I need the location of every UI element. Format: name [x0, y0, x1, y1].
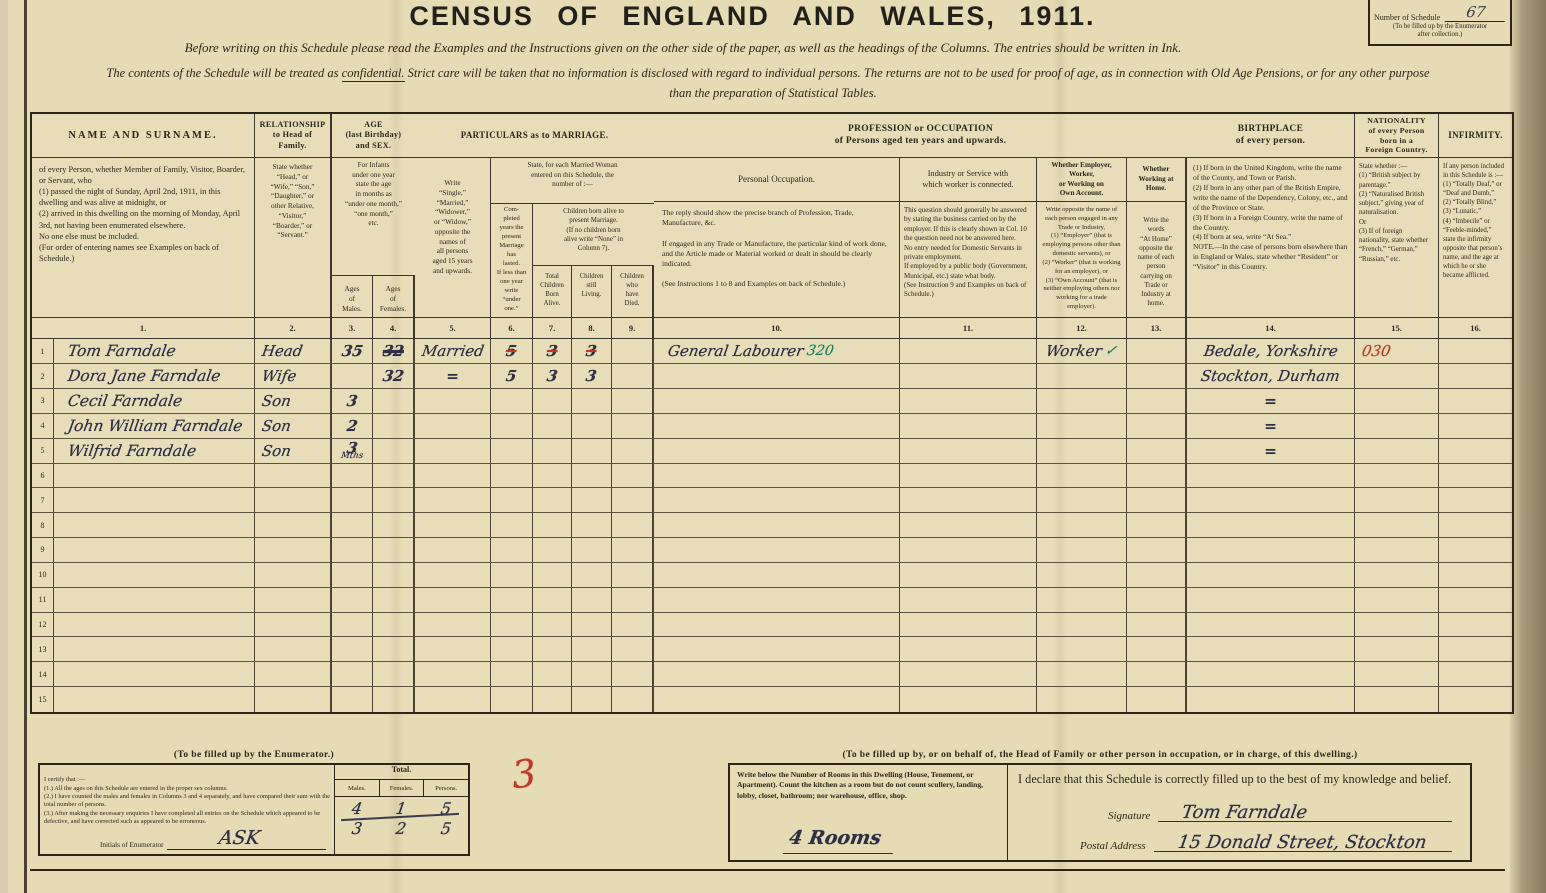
cell-age_m — [332, 687, 373, 712]
cell-at_home — [1127, 439, 1187, 463]
enumerator-section-header: (To be filled up by the Enumerator.) — [38, 750, 470, 760]
cell-num: 5 — [32, 439, 54, 463]
cell-at_home — [1127, 513, 1187, 537]
cell-industry — [900, 389, 1037, 413]
cell-industry — [900, 613, 1037, 637]
cell-born — [533, 488, 572, 512]
cell-born — [533, 439, 572, 463]
column-number: 14. — [1187, 317, 1354, 338]
column-header-infirmity: INFIRMITY. If any person included in thi… — [1439, 114, 1512, 338]
cell-born — [533, 389, 572, 413]
cell-age_f — [373, 439, 415, 463]
cell-age_f — [373, 687, 415, 712]
cell-name — [54, 588, 255, 612]
column-header-nationality: NATIONALITY of every Person born in a Fo… — [1355, 114, 1439, 338]
signature-label: Signature — [1108, 810, 1150, 822]
cell-num: 10 — [32, 563, 54, 587]
cell-nationality — [1355, 687, 1439, 712]
cell-born: 3 — [533, 364, 572, 388]
initials-label: Initials of Enumerator — [100, 841, 163, 850]
cell-employer — [1037, 588, 1127, 612]
cell-employer: Worker✓ — [1037, 339, 1127, 363]
initials-line: ASK — [167, 835, 326, 850]
census-row: 15 — [32, 687, 1512, 712]
handwritten-signature: Tom Farndale — [1181, 802, 1309, 823]
schedule-number-box: Number of Schedule 67 (To be filled up b… — [1368, 0, 1512, 46]
cell-years — [491, 389, 533, 413]
birthplace-desc: (1) If born in the United Kingdom, write… — [1187, 158, 1354, 317]
cell-occupation — [654, 538, 900, 562]
cell-years — [491, 439, 533, 463]
column-group-children: Children born alive to present Marriage.… — [533, 204, 654, 338]
industry-label: Industry or Service with which worker is… — [900, 158, 1036, 202]
cell-age_f — [373, 389, 415, 413]
cell-employer — [1037, 637, 1127, 661]
cell-occupation — [654, 389, 900, 413]
cell-industry — [900, 538, 1037, 562]
cell-occupation — [654, 439, 900, 463]
cell-birthplace: = — [1187, 439, 1355, 463]
cell-nationality — [1355, 414, 1439, 438]
census-row: 14 — [32, 662, 1512, 687]
cell-employer — [1037, 364, 1127, 388]
cell-relationship — [255, 637, 332, 661]
instruction-line-3: than the preparation of Statistical Tabl… — [0, 86, 1546, 101]
cell-num: 8 — [32, 513, 54, 537]
cell-living — [572, 588, 612, 612]
cell-birthplace — [1187, 662, 1355, 686]
cell-nationality — [1355, 538, 1439, 562]
cell-nationality — [1355, 662, 1439, 686]
postal-address-label: Postal Address — [1080, 840, 1146, 852]
cell-marital — [415, 613, 491, 637]
cell-age_f — [373, 613, 415, 637]
marital-desc: Write “Single,” “Married,” “Widower,” or… — [415, 158, 490, 317]
cell-num: 3 — [32, 389, 54, 413]
census-row: 12 — [32, 613, 1512, 638]
cell-num: 11 — [32, 588, 54, 612]
census-row: 10 — [32, 563, 1512, 588]
totals-final-row: 3 2 5 — [335, 819, 468, 839]
age-infants-note: For Infants under one year state the age… — [332, 158, 415, 276]
cell-industry — [900, 339, 1037, 363]
ages-females-label: Ages of Females. — [373, 276, 413, 317]
cell-infirmity — [1439, 439, 1512, 463]
cell-industry — [900, 364, 1037, 388]
cell-died — [612, 513, 654, 537]
cell-years — [491, 662, 533, 686]
cell-occupation — [654, 414, 900, 438]
column-header-working-at-home: Whether Working at Home. Write the words… — [1127, 158, 1187, 338]
paper-edge — [0, 0, 8, 893]
column-header-years-married: Com- pleted years the present Marriage h… — [491, 204, 533, 338]
cell-occupation — [654, 464, 900, 488]
cell-years — [491, 538, 533, 562]
relationship-desc: State whether “Head,” or “Wife,” “Son,” … — [255, 158, 330, 317]
cell-infirmity — [1439, 339, 1512, 363]
cell-living — [572, 538, 612, 562]
column-group-age-sex: AGE (last Birthday) and SEX. For Infants… — [332, 114, 415, 338]
cell-at_home — [1127, 339, 1187, 363]
page-title: CENSUS OF ENGLAND AND WALES, 1911. — [409, 1, 1095, 32]
cell-at_home — [1127, 538, 1187, 562]
industry-desc: This question should generally be answer… — [900, 202, 1036, 317]
handwritten-postal-address: 15 Donald Street, Stockton — [1176, 832, 1428, 853]
column-header-relationship: RELATIONSHIP to Head of Family. State wh… — [255, 114, 332, 338]
declaration-box: Write below the Number of Rooms in this … — [728, 763, 1472, 862]
cell-living — [572, 613, 612, 637]
cell-age_m — [332, 613, 373, 637]
marriage-title: PARTICULARS as to MARRIAGE. — [415, 114, 654, 158]
handwritten-schedule-number: 67 — [1445, 3, 1507, 22]
cell-age_f — [373, 588, 415, 612]
census-row: 9 — [32, 538, 1512, 563]
cell-died — [612, 637, 654, 661]
cell-relationship — [255, 538, 332, 562]
cell-infirmity — [1439, 464, 1512, 488]
cell-years — [491, 588, 533, 612]
cell-marital — [415, 414, 491, 438]
table-header: NAME AND SURNAME. of every Person, wheth… — [32, 114, 1512, 338]
cell-industry — [900, 488, 1037, 512]
cell-years: 5 — [491, 339, 533, 363]
schedule-number-label: Number of Schedule — [1374, 13, 1440, 22]
cell-birthplace — [1187, 464, 1355, 488]
cell-name — [54, 613, 255, 637]
cell-years — [491, 613, 533, 637]
cell-occupation — [654, 687, 900, 712]
name-surname-title: NAME AND SURNAME. — [32, 114, 254, 158]
cell-birthplace — [1187, 538, 1355, 562]
cell-died — [612, 414, 654, 438]
cell-industry — [900, 637, 1037, 661]
cell-at_home — [1127, 488, 1187, 512]
cell-marital — [415, 464, 491, 488]
children-born-label: Total Children Born Alive. — [533, 266, 571, 317]
cell-marital: = — [415, 364, 491, 388]
handwritten-males: 3 — [351, 819, 364, 838]
cell-employer — [1037, 563, 1127, 587]
cell-relationship — [255, 687, 332, 712]
column-number: 13. — [1127, 317, 1185, 338]
cell-birthplace — [1187, 687, 1355, 712]
cell-infirmity — [1439, 687, 1512, 712]
cell-name — [54, 637, 255, 661]
cell-name: Wilfrid Farndale — [54, 439, 255, 463]
census-rows: 1Tom FarndaleHead3532Married533General L… — [32, 338, 1512, 712]
cell-died — [612, 662, 654, 686]
ages-males-label: Ages of Males. — [332, 276, 372, 317]
cell-marital — [415, 439, 491, 463]
infirmity-title: INFIRMITY. — [1439, 114, 1512, 158]
cell-num: 14 — [32, 662, 54, 686]
census-row: 3Cecil FarndaleSon3= — [32, 389, 1512, 414]
cell-occupation — [654, 364, 900, 388]
cell-infirmity — [1439, 662, 1512, 686]
cell-years — [491, 687, 533, 712]
cell-at_home — [1127, 613, 1187, 637]
cell-age_f — [373, 563, 415, 587]
cell-name — [54, 538, 255, 562]
cell-age_f — [373, 464, 415, 488]
column-group-married-woman: State, for each Married Woman entered on… — [491, 158, 654, 338]
column-header-marital-condition: Write “Single,” “Married,” “Widower,” or… — [415, 158, 491, 338]
census-row: 13 — [32, 637, 1512, 662]
cell-nationality — [1355, 488, 1439, 512]
cell-born: 3 — [533, 339, 572, 363]
personal-occupation-label: Personal Occupation. — [654, 158, 899, 202]
cell-living — [572, 687, 612, 712]
nationality-title: NATIONALITY of every Person born in a Fo… — [1355, 114, 1438, 158]
cell-died — [612, 464, 654, 488]
totals-col-males: Males. — [335, 780, 380, 796]
cell-years: 5 — [491, 364, 533, 388]
cell-occupation — [654, 588, 900, 612]
cell-infirmity — [1439, 637, 1512, 661]
cell-nationality — [1355, 637, 1439, 661]
cell-name — [54, 488, 255, 512]
cell-years — [491, 464, 533, 488]
cell-employer — [1037, 662, 1127, 686]
cell-industry — [900, 662, 1037, 686]
infirmity-desc: If any person included in this Schedule … — [1439, 158, 1512, 317]
cell-age_m — [332, 563, 373, 587]
cell-born — [533, 637, 572, 661]
cell-occupation — [654, 513, 900, 537]
cell-infirmity — [1439, 538, 1512, 562]
cell-num: 2 — [32, 364, 54, 388]
cell-age_m — [332, 662, 373, 686]
cell-industry — [900, 439, 1037, 463]
cell-at_home — [1127, 389, 1187, 413]
cell-name: Cecil Farndale — [54, 389, 255, 413]
cell-infirmity — [1439, 513, 1512, 537]
column-header-industry: Industry or Service with which worker is… — [900, 158, 1037, 338]
enumerator-box: I certify that :— (1.) All the ages on t… — [38, 763, 470, 856]
cell-name — [54, 513, 255, 537]
totals-col-persons: Persons. — [424, 780, 468, 796]
column-header-personal-occupation: Personal Occupation. The reply should sh… — [654, 158, 900, 338]
cell-infirmity — [1439, 364, 1512, 388]
declaration-cell: I declare that this Schedule is correctl… — [1008, 765, 1470, 860]
profession-title: PROFESSION or OCCUPATION of Persons aged… — [654, 114, 1187, 158]
cell-num: 6 — [32, 464, 54, 488]
cell-marital — [415, 588, 491, 612]
cell-relationship: Wife — [255, 364, 332, 388]
cell-relationship: Son — [255, 389, 332, 413]
column-number: 7. — [533, 317, 571, 338]
cell-industry — [900, 414, 1037, 438]
cell-living — [572, 488, 612, 512]
relationship-title: RELATIONSHIP to Head of Family. — [255, 114, 330, 158]
cell-born — [533, 563, 572, 587]
cell-occupation — [654, 563, 900, 587]
cell-birthplace — [1187, 588, 1355, 612]
cell-marital — [415, 488, 491, 512]
cell-industry — [900, 588, 1037, 612]
column-number: 5. — [415, 317, 490, 338]
cell-num: 1 — [32, 339, 54, 363]
cell-living — [572, 389, 612, 413]
column-header-children-living: Children still Living. 8. — [572, 266, 612, 338]
column-number: 8. — [572, 317, 611, 338]
cell-born — [533, 464, 572, 488]
cell-name — [54, 563, 255, 587]
cell-industry — [900, 687, 1037, 712]
signature-line: Tom Farndale — [1158, 801, 1452, 822]
cell-living: 3 — [572, 339, 612, 363]
children-living-label: Children still Living. — [572, 266, 611, 317]
cell-marital — [415, 513, 491, 537]
cell-birthplace — [1187, 637, 1355, 661]
column-header-children-died: Children who have Died. 9. — [612, 266, 654, 338]
totals-values: 4 1 5 3 2 5 — [335, 797, 468, 854]
cell-died — [612, 563, 654, 587]
column-number: 9. — [612, 317, 652, 338]
cell-born — [533, 538, 572, 562]
cell-living — [572, 414, 612, 438]
cell-industry — [900, 563, 1037, 587]
cell-birthplace: Stockton, Durham — [1187, 364, 1355, 388]
column-header-age-females: Ages of Females. 4. — [373, 276, 415, 338]
cell-age_f — [373, 538, 415, 562]
cell-died — [612, 588, 654, 612]
column-header-birthplace: BIRTHPLACE of every person. (1) If born … — [1187, 114, 1355, 338]
column-number: 15. — [1355, 317, 1438, 338]
birthplace-title: BIRTHPLACE of every person. — [1187, 114, 1354, 158]
handwritten-red-mark: 3 — [510, 751, 539, 797]
cell-relationship — [255, 662, 332, 686]
cell-at_home — [1127, 662, 1187, 686]
cell-employer — [1037, 389, 1127, 413]
cell-birthplace — [1187, 488, 1355, 512]
cell-years — [491, 563, 533, 587]
cell-age_f — [373, 414, 415, 438]
confidential-word: confidential. — [342, 66, 405, 82]
cell-died — [612, 389, 654, 413]
census-row: 6 — [32, 464, 1512, 489]
cell-employer — [1037, 687, 1127, 712]
totals-columns: Males. Females. Persons. — [335, 780, 468, 797]
census-row: 4John William FarndaleSon2= — [32, 414, 1512, 439]
cell-died — [612, 538, 654, 562]
column-group-profession: PROFESSION or OCCUPATION of Persons aged… — [654, 114, 1187, 338]
postal-address-row: Postal Address 15 Donald Street, Stockto… — [1080, 831, 1452, 852]
column-number: 6. — [491, 317, 532, 338]
cell-num: 9 — [32, 538, 54, 562]
age-sex-title: AGE (last Birthday) and SEX. — [332, 114, 415, 158]
cell-occupation — [654, 637, 900, 661]
cell-age_m: 3 — [332, 389, 373, 413]
cell-at_home — [1127, 588, 1187, 612]
employer-worker-label: Whether Employer, Worker, or Working on … — [1037, 158, 1126, 202]
employer-worker-desc: Write opposite the name of each person e… — [1037, 202, 1126, 317]
cell-birthplace: = — [1187, 389, 1355, 413]
cell-at_home — [1127, 563, 1187, 587]
cell-born — [533, 513, 572, 537]
cell-employer — [1037, 464, 1127, 488]
children-died-label: Children who have Died. — [612, 266, 652, 317]
column-number: 4. — [373, 317, 413, 338]
cell-at_home — [1127, 364, 1187, 388]
cell-marital — [415, 563, 491, 587]
postal-address-line: 15 Donald Street, Stockton — [1154, 831, 1452, 852]
cell-age_m — [332, 637, 373, 661]
cell-age_f — [373, 637, 415, 661]
cell-age_m — [332, 488, 373, 512]
cell-employer — [1037, 439, 1127, 463]
cell-relationship — [255, 588, 332, 612]
cell-died — [612, 488, 654, 512]
cell-died — [612, 613, 654, 637]
cell-nationality — [1355, 364, 1439, 388]
nationality-desc: State whether :— (1) “British subject by… — [1355, 158, 1438, 317]
cell-living — [572, 637, 612, 661]
cell-age_m: 35 — [332, 339, 373, 363]
cell-name — [54, 464, 255, 488]
column-group-marriage: PARTICULARS as to MARRIAGE. Write “Singl… — [415, 114, 654, 338]
cell-infirmity — [1439, 414, 1512, 438]
cell-employer — [1037, 488, 1127, 512]
cell-num: 7 — [32, 488, 54, 512]
column-number: 2. — [255, 317, 330, 338]
enumerator-certification: I certify that :— (1.) All the ages on t… — [40, 765, 334, 854]
cell-years — [491, 637, 533, 661]
cell-living — [572, 563, 612, 587]
cell-age_m: 2 — [332, 414, 373, 438]
cell-age_m — [332, 364, 373, 388]
working-at-home-desc: Write the words “At Home” opposite the n… — [1127, 202, 1185, 317]
cell-died — [612, 364, 654, 388]
declaration-text: I declare that this Schedule is correctl… — [1008, 765, 1470, 787]
cell-at_home — [1127, 637, 1187, 661]
census-row: 5Wilfrid FarndaleSon3Mths= — [32, 439, 1512, 464]
cell-relationship: Son — [255, 439, 332, 463]
cell-years — [491, 414, 533, 438]
working-at-home-label: Whether Working at Home. — [1127, 158, 1185, 202]
census-row: 11 — [32, 588, 1512, 613]
cell-nationality — [1355, 439, 1439, 463]
cell-industry — [900, 513, 1037, 537]
cell-born — [533, 414, 572, 438]
cell-infirmity — [1439, 613, 1512, 637]
cell-nationality — [1355, 563, 1439, 587]
bottom-rule — [30, 869, 1505, 871]
cell-born — [533, 662, 572, 686]
cell-nationality — [1355, 588, 1439, 612]
years-married-desc: Com- pleted years the present Marriage h… — [491, 204, 532, 317]
cell-employer — [1037, 513, 1127, 537]
cell-marital: Married — [415, 339, 491, 363]
cell-age_m — [332, 513, 373, 537]
children-born-note: Children born alive to present Marriage.… — [533, 204, 654, 266]
cell-relationship — [255, 613, 332, 637]
cell-employer — [1037, 613, 1127, 637]
cell-industry — [900, 464, 1037, 488]
cell-at_home — [1127, 464, 1187, 488]
cell-age_m — [332, 538, 373, 562]
cell-relationship — [255, 488, 332, 512]
cell-relationship: Head — [255, 339, 332, 363]
cell-birthplace — [1187, 563, 1355, 587]
cell-nationality — [1355, 389, 1439, 413]
cell-age_m — [332, 588, 373, 612]
married-woman-note: State, for each Married Woman entered on… — [491, 158, 654, 204]
rooms-cell: Write below the Number of Rooms in this … — [730, 765, 1008, 860]
rooms-instruction: Write below the Number of Rooms in this … — [737, 770, 983, 800]
cell-at_home — [1127, 687, 1187, 712]
column-number: 11. — [900, 317, 1036, 338]
